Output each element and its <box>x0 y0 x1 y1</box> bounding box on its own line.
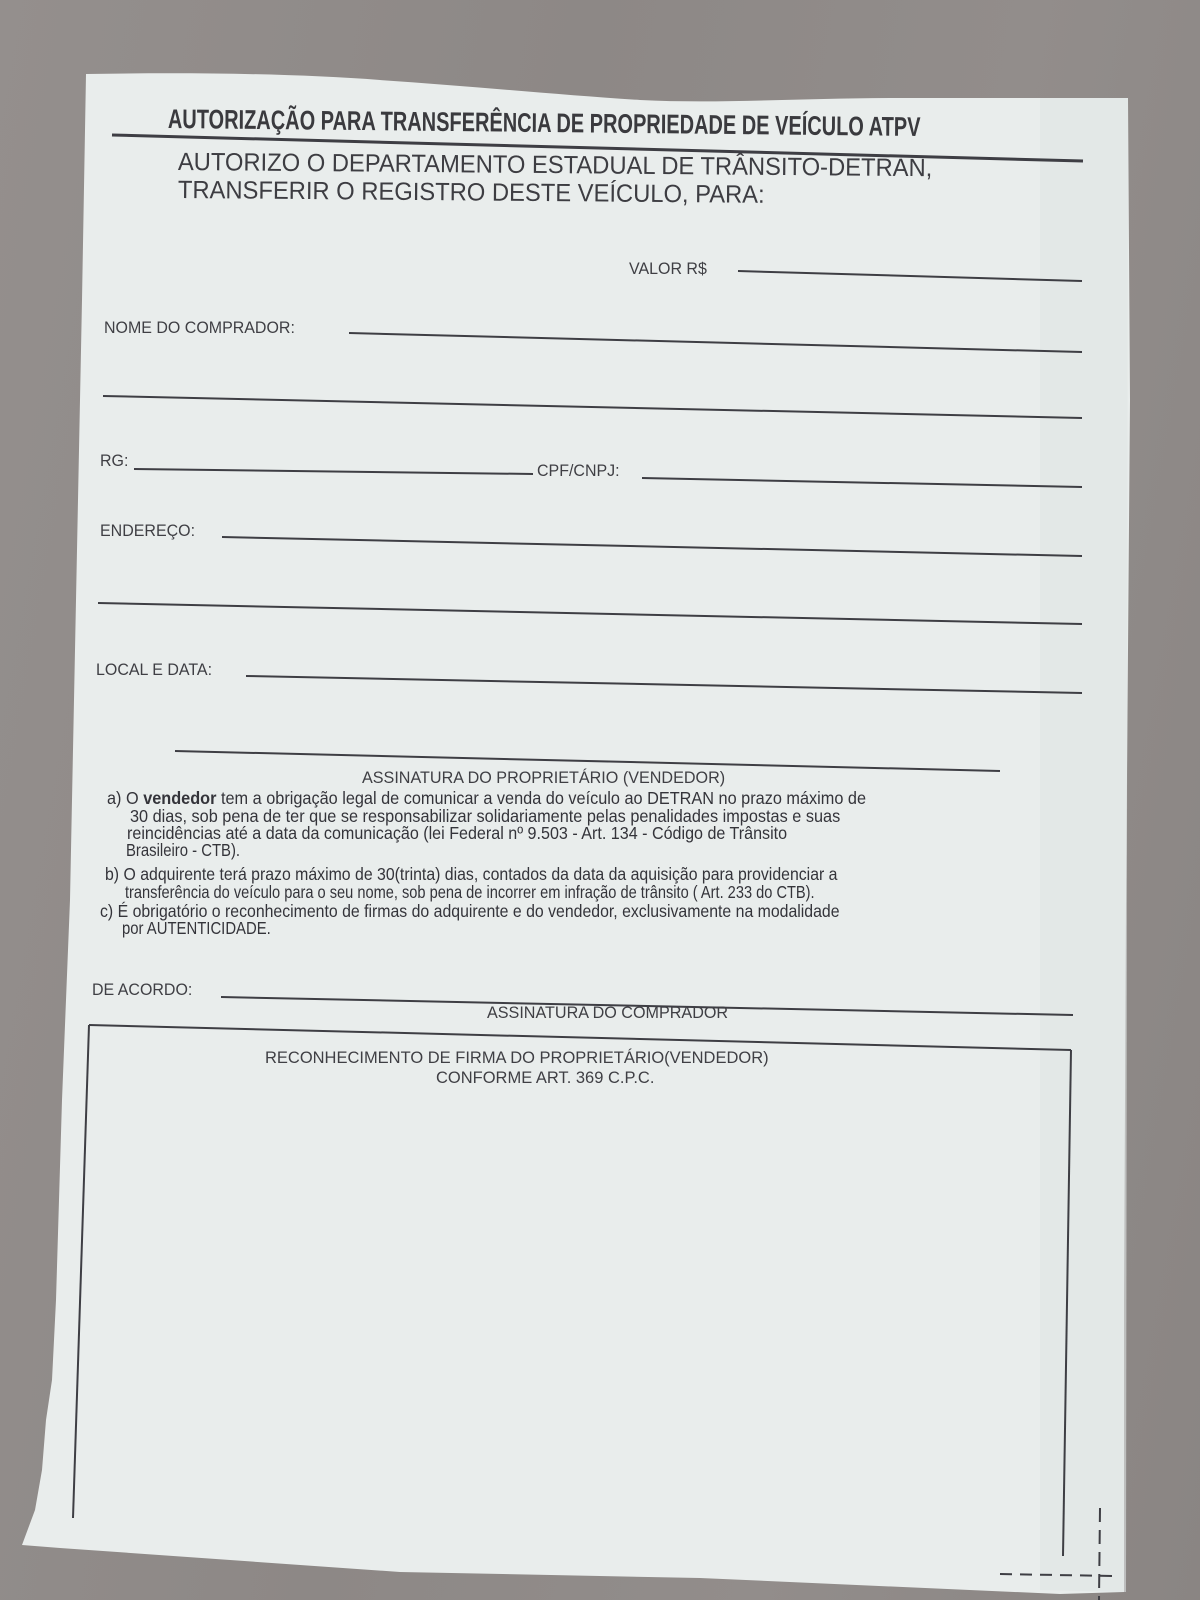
cpf-cnpj-field[interactable] <box>644 458 1080 480</box>
notary-box-top <box>89 1025 1071 1050</box>
notary-box-right <box>1063 1050 1071 1556</box>
nome-line-2 <box>103 396 1082 418</box>
de-acordo-signature-field[interactable] <box>222 976 1072 998</box>
valor-field[interactable] <box>740 252 1080 274</box>
valor-label: VALOR R$ <box>629 259 707 279</box>
endereco-label: ENDEREÇO: <box>100 521 195 541</box>
note-b-marker: b) <box>105 864 119 884</box>
cpf-cnpj-label: CPF/CNPJ: <box>537 461 620 481</box>
atpv-document: AUTORIZAÇÃO PARA TRANSFERÊNCIA DE PROPRI… <box>0 0 1200 1600</box>
notary-box-left <box>73 1025 89 1518</box>
crop-mark-horizontal <box>1000 1574 1112 1576</box>
local-data-label: LOCAL E DATA: <box>96 660 212 680</box>
seller-signature-caption: ASSINATURA DO PROPRIETÁRIO (VENDEDOR) <box>362 768 725 788</box>
note-b-line-2: transferência do veículo para o seu nome… <box>125 882 815 903</box>
endereco-line-2 <box>98 603 1082 624</box>
local-data-line <box>246 676 1082 693</box>
note-a-marker: a) <box>107 788 121 808</box>
notary-box-title: RECONHECIMENTO DE FIRMA DO PROPRIETÁRIO(… <box>265 1048 769 1068</box>
notary-stamp-area[interactable] <box>95 1095 1055 1515</box>
nome-comprador-field[interactable] <box>350 314 1080 336</box>
endereco-field[interactable] <box>224 518 1080 540</box>
note-a-line-4: Brasileiro - CTB). <box>126 840 240 861</box>
local-data-field[interactable] <box>248 656 1080 678</box>
buyer-signature-caption: ASSINATURA DO COMPRADOR <box>487 1003 728 1023</box>
subtitle-line-2: TRANSFERIR O REGISTRO DESTE VEÍCULO, PAR… <box>178 176 765 210</box>
note-a-bold: vendedor <box>143 788 216 808</box>
rg-label: RG: <box>100 451 128 471</box>
nome-comprador-label: NOME DO COMPRADOR: <box>104 318 295 338</box>
rg-field[interactable] <box>136 448 531 470</box>
note-c-line-2: por AUTENTICIDADE. <box>122 918 271 939</box>
notary-box-subtitle: CONFORME ART. 369 C.P.C. <box>436 1068 654 1088</box>
note-c-marker: c) <box>100 901 113 921</box>
de-acordo-label: DE ACORDO: <box>92 980 192 1000</box>
crop-mark-vertical <box>1099 1508 1100 1600</box>
